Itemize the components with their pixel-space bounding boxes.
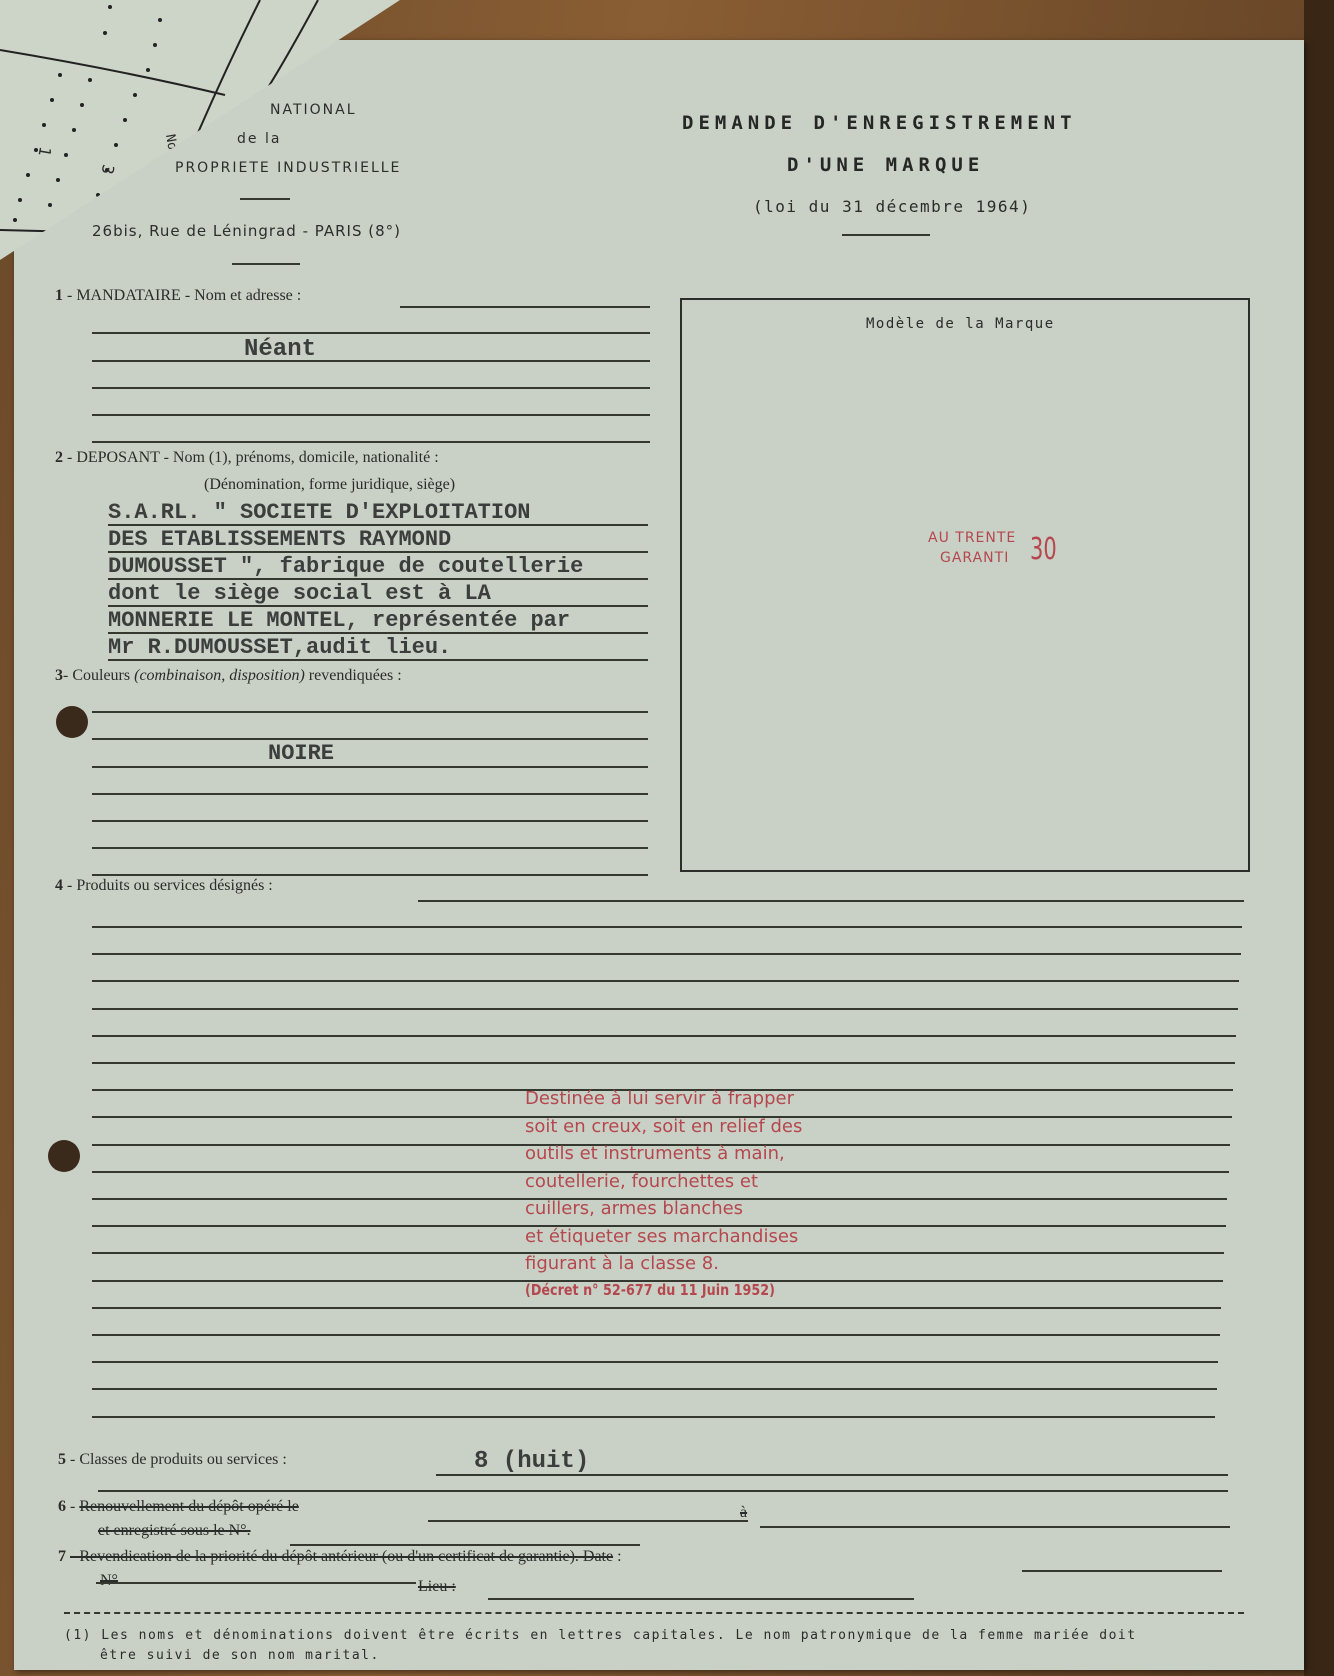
section-4-field-line[interactable]: [418, 900, 1244, 902]
section-7-place-line[interactable]: [488, 1598, 914, 1600]
section-2-line[interactable]: [108, 578, 648, 580]
stamp-line: outils et instruments à main,: [525, 1143, 785, 1164]
office-line-2: de la: [237, 131, 281, 147]
trademark-model-box: Modèle de la Marque AU TRENTE GARANTI 30: [680, 298, 1250, 872]
section-2-line[interactable]: [108, 659, 648, 661]
section-2-number: 2: [55, 449, 63, 466]
section-3-text-b: revendiquées :: [305, 667, 402, 684]
section-7-colon: :: [617, 1548, 621, 1565]
section-7-number: 7: [58, 1548, 66, 1565]
section-1-line[interactable]: [92, 387, 650, 389]
section-3-line[interactable]: [92, 847, 648, 849]
section-4-line[interactable]: [92, 1062, 1235, 1064]
classes-value: 8 (huit): [474, 1448, 589, 1475]
section-2-label: 2 - DEPOSANT - Nom (1), prénoms, domicil…: [55, 449, 439, 467]
deposant-line: DUMOUSSET ", fabrique de coutellerie: [108, 554, 583, 579]
section-6-number-line[interactable]: [290, 1544, 640, 1546]
office-line-3: PROPRIETE INDUSTRIELLE: [175, 160, 401, 176]
deposant-line: Mr R.DUMOUSSET,audit lieu.: [108, 635, 451, 660]
section-1-number: 1: [55, 287, 63, 304]
section-2-line[interactable]: [108, 605, 648, 607]
section-4-line[interactable]: [92, 1035, 1236, 1037]
stamp-line: et étiqueter ses marchandises: [525, 1226, 798, 1247]
section-1-line[interactable]: [92, 332, 650, 334]
section-3-line[interactable]: [92, 793, 648, 795]
stamp-au-trente: AU TRENTE: [928, 530, 1016, 546]
section-3-line[interactable]: [92, 820, 648, 822]
section-4-text: - Produits ou services désignés :: [67, 877, 273, 894]
stamp-line: soit en creux, soit en relief des: [525, 1116, 802, 1137]
address-rule: [232, 263, 300, 265]
colors-value: NOIRE: [268, 741, 334, 766]
section-7-label: 7 - Revendication de la priorité du dépô…: [58, 1548, 622, 1566]
deposant-line: S.A.RL. " SOCIETE D'EXPLOITATION: [108, 500, 530, 525]
section-7-struck-text: - Revendication de la priorité du dépôt …: [70, 1548, 613, 1565]
section-5-label: 5 - Classes de produits ou services :: [58, 1451, 287, 1469]
section-6-a: à: [740, 1504, 747, 1522]
section-2-line[interactable]: [108, 632, 648, 634]
section-7-no: N°: [100, 1572, 118, 1590]
mandataire-value: Néant: [244, 336, 316, 363]
deposant-line: DES ETABLISSEMENTS RAYMOND: [108, 527, 451, 552]
section-6-date-line[interactable]: [428, 1520, 748, 1522]
section-1-label: 1 - MANDATAIRE - Nom et adresse :: [55, 287, 301, 305]
footnote-line-2: être suivi de son nom marital.: [100, 1648, 380, 1663]
section-6-struck-line2: et enregistré sous le N°.: [98, 1522, 251, 1540]
punch-hole: [56, 706, 88, 738]
stamp-line: cuillers, armes blanches: [525, 1198, 743, 1219]
section-2-text: - DEPOSANT - Nom (1), prénoms, domicile,…: [67, 449, 439, 466]
section-2-line[interactable]: [108, 551, 648, 553]
title-rule: [842, 234, 930, 236]
section-7-number-line[interactable]: [96, 1582, 416, 1584]
section-1-field-line[interactable]: [400, 306, 650, 308]
section-4-number: 4: [55, 877, 63, 894]
stamp-line: coutellerie, fourchettes et: [525, 1171, 758, 1192]
section-4-line[interactable]: [92, 1361, 1218, 1363]
section-1-line[interactable]: [92, 441, 650, 443]
stamp-line: figurant à la classe 8.: [525, 1253, 719, 1274]
deposant-line: dont le siège social est à LA: [108, 581, 491, 606]
section-4-label: 4 - Produits ou services désignés :: [55, 877, 273, 895]
section-6-struck-text: Renouvellement du dépôt opéré le: [79, 1498, 298, 1515]
section-3-label: 3- Couleurs (combinaison, disposition) r…: [55, 667, 402, 685]
section-6-label: 6 - Renouvellement du dépôt opéré le: [58, 1498, 299, 1516]
section-4-line[interactable]: [92, 1388, 1217, 1390]
section-6-number: 6: [58, 1498, 66, 1515]
section-5-line[interactable]: [98, 1490, 1228, 1492]
section-7-date-line[interactable]: [1022, 1570, 1222, 1572]
section-1-line[interactable]: [92, 414, 650, 416]
stamp-garanti: GARANTI: [940, 550, 1009, 566]
deposant-line: MONNERIE LE MONTEL, représentée par: [108, 608, 570, 633]
stamp-line: Destinée à lui servir à frapper: [525, 1088, 794, 1109]
footnote-separator: [64, 1612, 1244, 1614]
form-title-line-1: DEMANDE D'ENREGISTREMENT: [682, 112, 1077, 134]
stamp-number: 30: [1030, 532, 1057, 567]
form-title-line-2: D'UNE MARQUE: [787, 154, 984, 176]
section-3-line[interactable]: [92, 766, 648, 768]
section-4-line[interactable]: [92, 926, 1242, 928]
section-7-lieu: Lieu :: [418, 1578, 456, 1596]
law-reference: (loi du 31 décembre 1964): [753, 197, 1031, 216]
section-4-line[interactable]: [92, 1334, 1220, 1336]
section-1-text: - MANDATAIRE - Nom et adresse :: [67, 287, 301, 304]
section-1-line[interactable]: [92, 360, 650, 362]
punch-hole: [48, 1140, 80, 1172]
section-3-text-a: - Couleurs: [63, 667, 134, 684]
office-line-1: NATIONAL: [270, 102, 357, 118]
stamp-line: (Décret n° 52-677 du 11 Juin 1952): [525, 1281, 775, 1299]
section-4-line[interactable]: [92, 1416, 1215, 1418]
section-5-text: - Classes de produits ou services :: [70, 1451, 287, 1468]
section-4-line[interactable]: [92, 980, 1239, 982]
section-3-line[interactable]: [92, 711, 648, 713]
section-4-line[interactable]: [92, 1008, 1238, 1010]
section-3-line[interactable]: [92, 738, 648, 740]
footnote-line-1: (1) Les noms et dénominations doivent êt…: [64, 1628, 1137, 1643]
model-box-title: Modèle de la Marque: [866, 316, 1055, 332]
section-3-line[interactable]: [92, 874, 648, 876]
section-3-number: 3: [55, 667, 63, 684]
desk-edge: [1304, 0, 1334, 1676]
section-2-line[interactable]: [108, 524, 648, 526]
section-6-place-line[interactable]: [760, 1526, 1230, 1528]
section-2-sublabel: (Dénomination, forme juridique, siège): [204, 476, 455, 494]
office-address: 26bis, Rue de Léningrad - PARIS (8°): [92, 222, 401, 240]
section-3-italic: (combinaison, disposition): [134, 667, 305, 684]
header-rule: [240, 198, 290, 200]
section-5-number: 5: [58, 1451, 66, 1468]
section-4-line[interactable]: [92, 953, 1241, 955]
section-4-line[interactable]: [92, 1307, 1221, 1309]
